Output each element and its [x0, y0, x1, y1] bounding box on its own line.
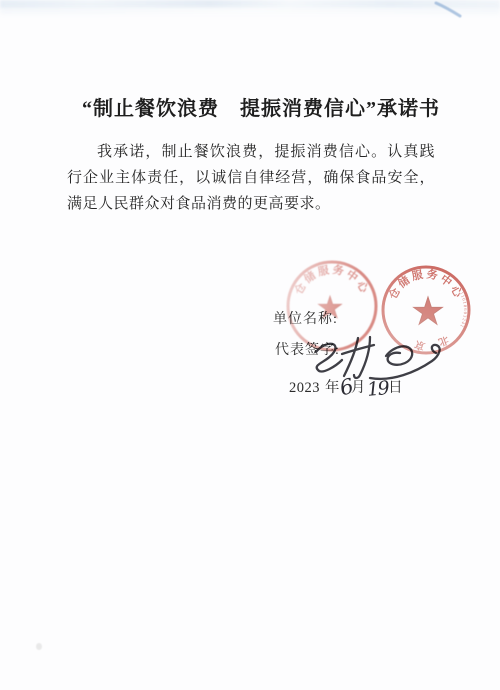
star-icon: [414, 297, 443, 324]
commitment-paragraph: 我承诺，制止餐饮浪费，提振消费信心。认真践行企业主体责任，以诚信自律经营，确保食…: [67, 139, 435, 217]
svg-text:仓储服务中心: 仓储服务中心: [291, 262, 373, 297]
scan-smudge: [36, 643, 42, 650]
star-icon: [319, 296, 342, 318]
scanner-edge-artifact-2: [0, 6, 500, 14]
seal-right-arc-text: 仓储服务中心: [385, 267, 467, 302]
seal-left-arc-text: 仓储服务中心: [291, 262, 373, 297]
document-title: “制止餐饮浪费 提振消费信心”承诺书: [11, 92, 500, 121]
svg-text:仓储服务中心: 仓储服务中心: [385, 267, 467, 302]
scanned-document-page: “制止餐饮浪费 提振消费信心”承诺书 我承诺，制止餐饮浪费，提振消费信心。认真践…: [0, 0, 500, 690]
representative-signature: [302, 330, 457, 388]
pen-mark-artifact: [430, 0, 470, 22]
